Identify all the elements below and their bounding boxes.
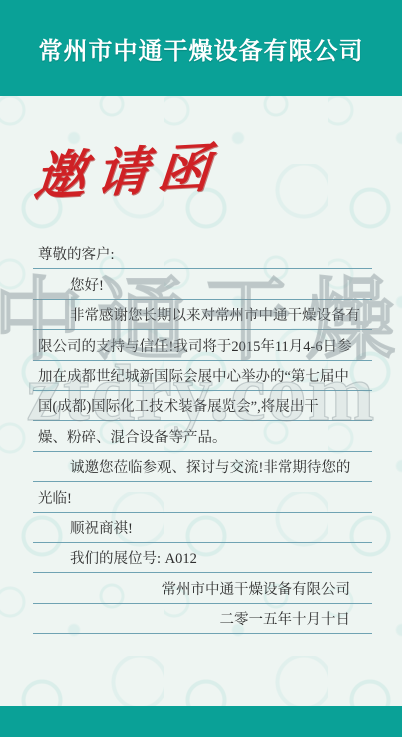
footer-bar [0,706,402,737]
company-name-title: 常州市中通干燥设备有限公司 [39,31,364,66]
letter-line-signature: 常州市中通干燥设备有限公司 [33,573,372,603]
letter-line: 非常感谢您长期以来对常州市中通干燥设备有 [33,300,372,330]
invitation-letter-body: 尊敬的客户: 您好! 非常感谢您长期以来对常州市中通干燥设备有 限公司的支持与信… [33,239,372,634]
letter-line-salutation: 尊敬的客户: [33,239,372,269]
page-header: 常州市中通干燥设备有限公司 [0,0,402,96]
letter-line: 诚邀您莅临参观、探讨与交流!非常期待您的 [33,452,372,482]
letter-line-booth: 我们的展位号: A012 [33,543,372,573]
invitation-title-calligraphy: 邀请函 [32,143,222,205]
letter-line: 国(成都)国际化工技术装备展览会”,将展出干 [33,391,372,421]
letter-line-wishes: 顺祝商祺! [33,513,372,543]
letter-line: 限公司的支持与信任!我司将于2015年11月4-6日参 [33,330,372,360]
letter-line: 您好! [33,269,372,299]
letter-line: 加在成都世纪城新国际会展中心举办的“第七届中 [33,361,372,391]
letter-line-date: 二零一五年十月十日 [33,604,372,634]
letter-line: 燥、粉碎、混合设备等产品。 [33,421,372,451]
letter-line: 光临! [33,482,372,512]
invitation-page: 常州市中通干燥设备有限公司 邀请函 尊敬的客户: 您好! 非常感谢您长期以来对常… [0,0,402,737]
